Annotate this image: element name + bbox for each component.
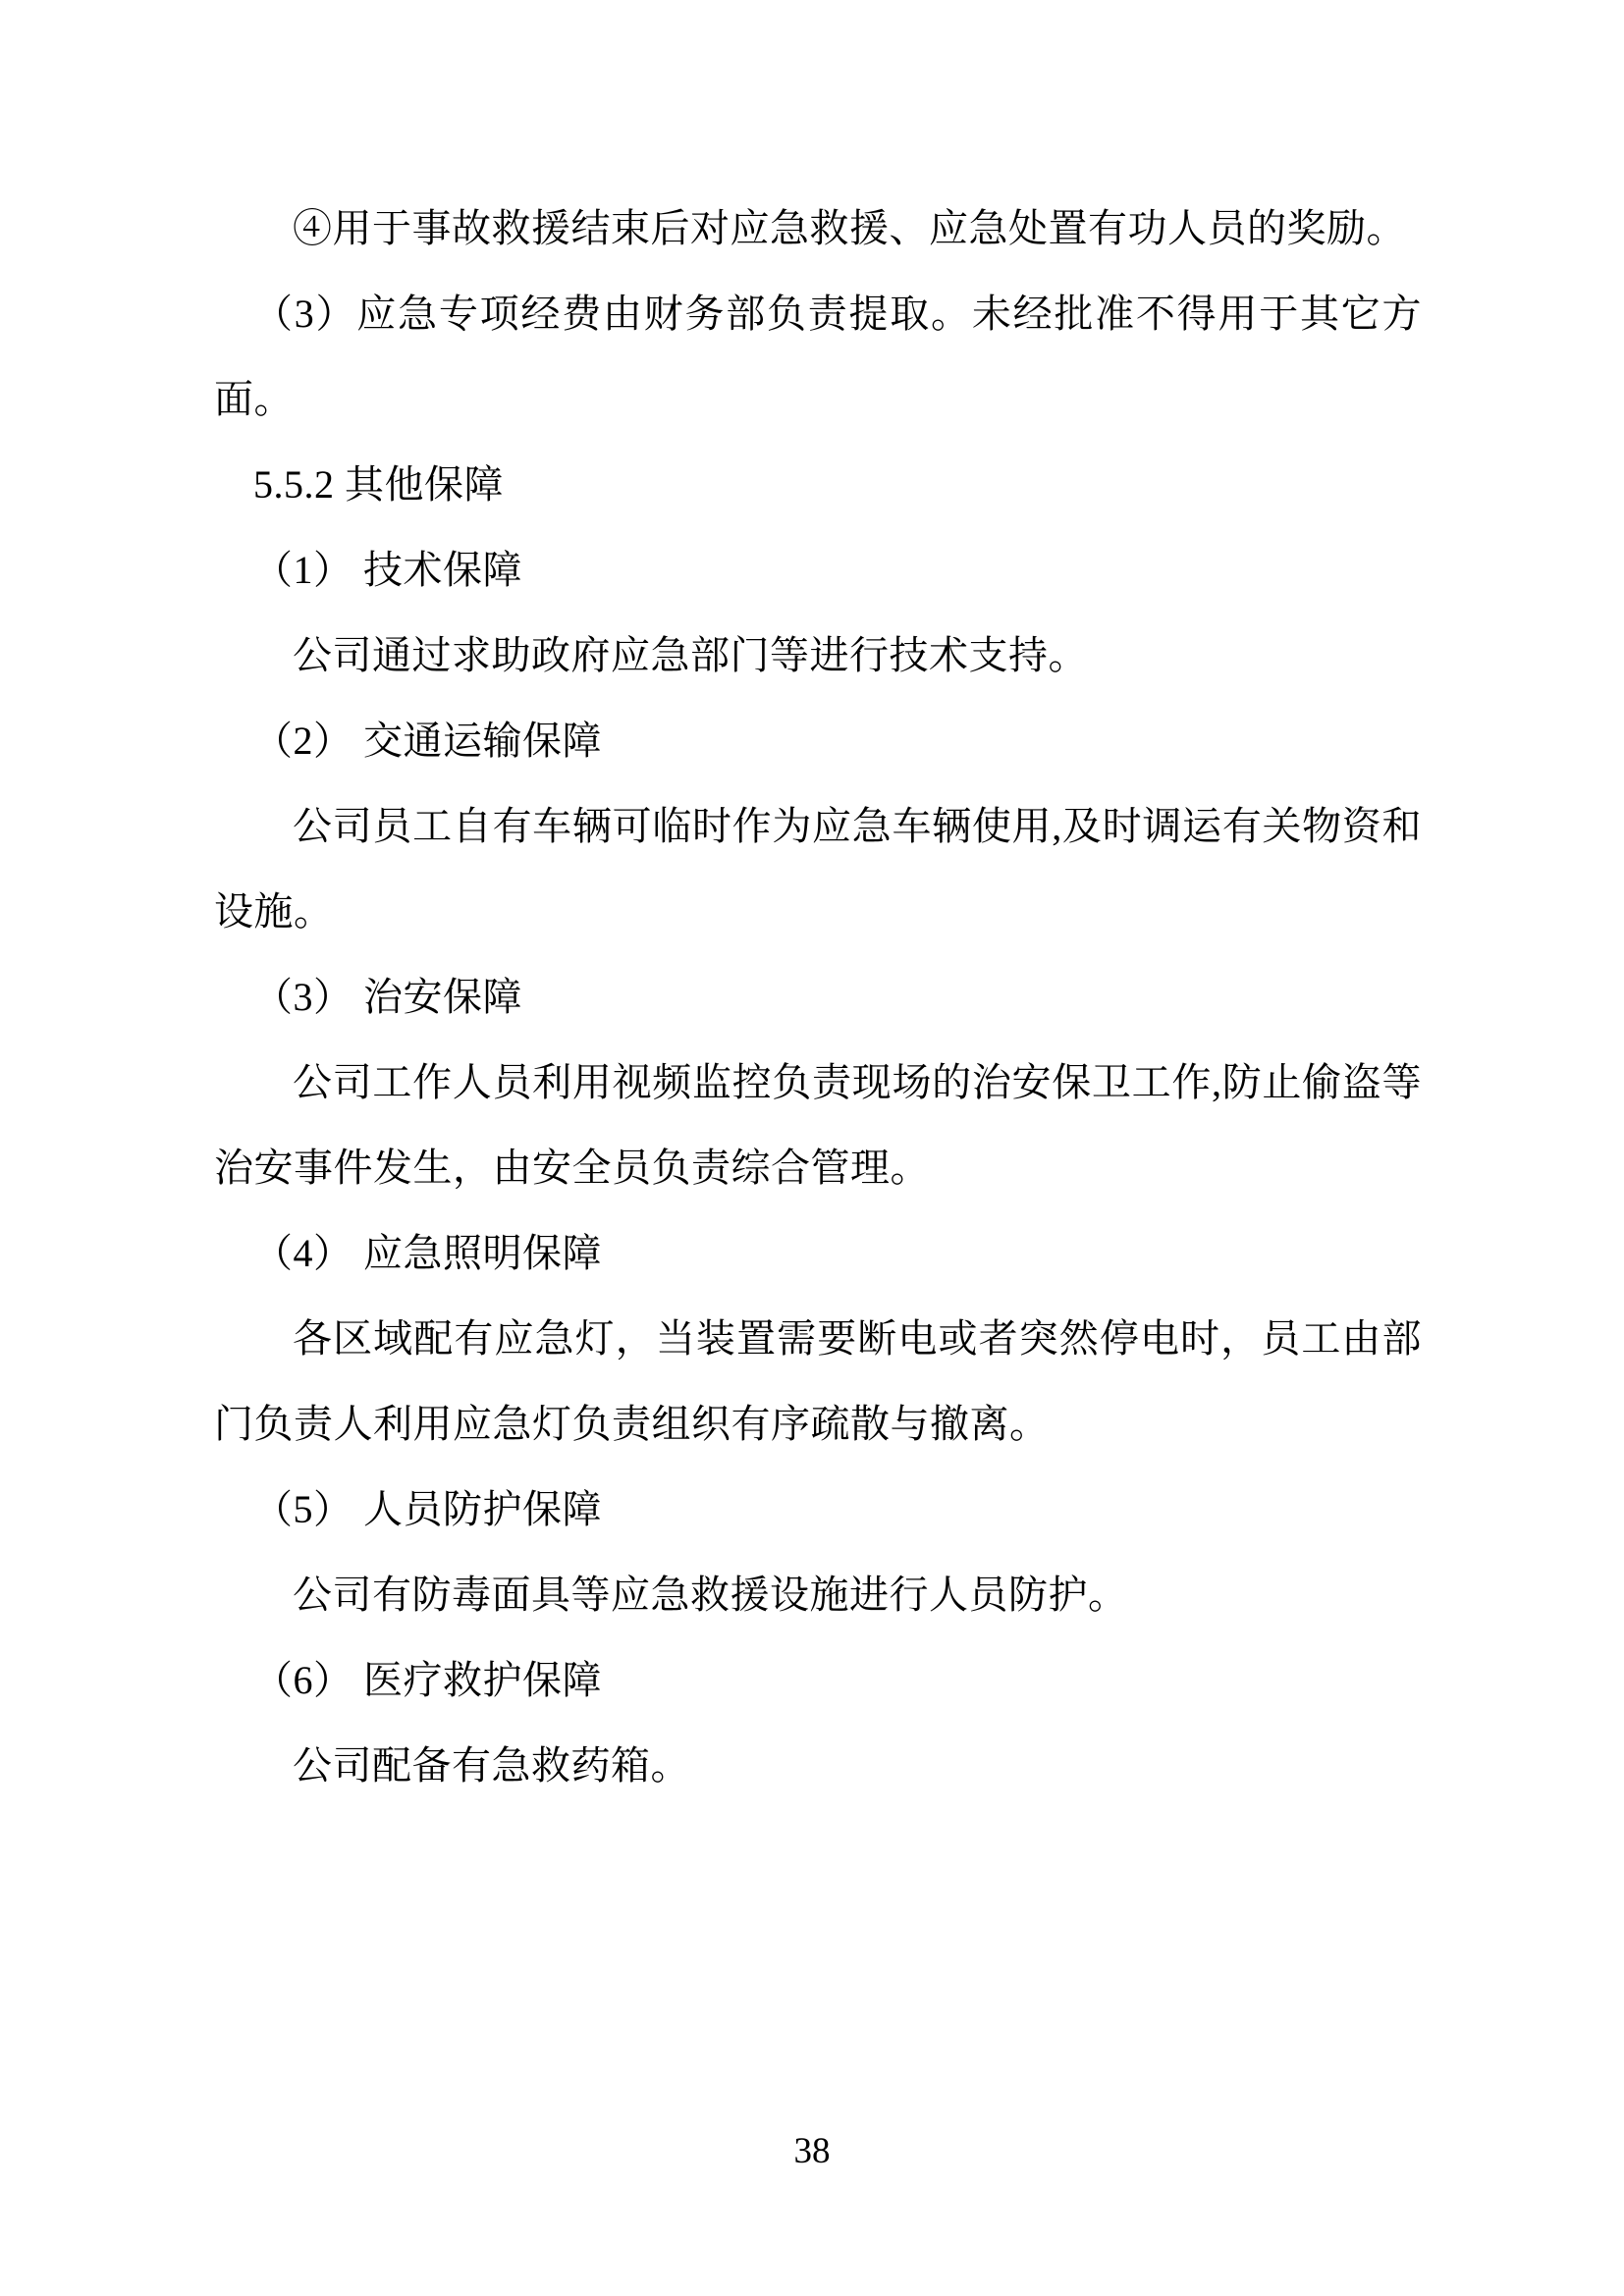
subheading-public-security: （3） 治安保障: [214, 954, 1422, 1040]
section-heading-5-5-2: 5.5.2 其他保障: [214, 442, 1422, 527]
subheading-emergency-lighting: （4） 应急照明保障: [214, 1210, 1422, 1296]
subheading-medical-rescue: （6） 医疗救护保障: [214, 1637, 1422, 1723]
paragraph-technical-support: 公司通过求助政府应急部门等进行技术支持。: [214, 613, 1422, 698]
subheading-transportation: （2） 交通运输保障: [214, 698, 1422, 783]
document-page: ④用于事故救援结束后对应急救援、应急处置有功人员的奖励。 （3）应急专项经费由财…: [0, 0, 1624, 2296]
document-content: ④用于事故救援结束后对应急救援、应急处置有功人员的奖励。 （3）应急专项经费由财…: [214, 186, 1422, 1808]
paragraph-emergency-lighting: 各区域配有应急灯，当装置需要断电或者突然停电时，员工由部门负责人利用应急灯负责组…: [214, 1296, 1422, 1467]
subheading-personnel-protection: （5） 人员防护保障: [214, 1467, 1422, 1552]
paragraph-personnel-protection: 公司有防毒面具等应急救援设施进行人员防护。: [214, 1552, 1422, 1637]
page-number: 38: [0, 2130, 1624, 2173]
paragraph-funds-withdrawal: （3）应急专项经费由财务部负责提取。未经批准不得用于其它方面。: [214, 271, 1422, 442]
paragraph-medical-rescue: 公司配备有急救药箱。: [214, 1723, 1422, 1808]
paragraph-reward-clause: ④用于事故救援结束后对应急救援、应急处置有功人员的奖励。: [214, 186, 1422, 271]
paragraph-transportation: 公司员工自有车辆可临时作为应急车辆使用,及时调运有关物资和设施。: [214, 783, 1422, 954]
paragraph-public-security: 公司工作人员利用视频监控负责现场的治安保卫工作,防止偷盗等治安事件发生，由安全员…: [214, 1040, 1422, 1210]
subheading-technical-support: （1） 技术保障: [214, 527, 1422, 613]
